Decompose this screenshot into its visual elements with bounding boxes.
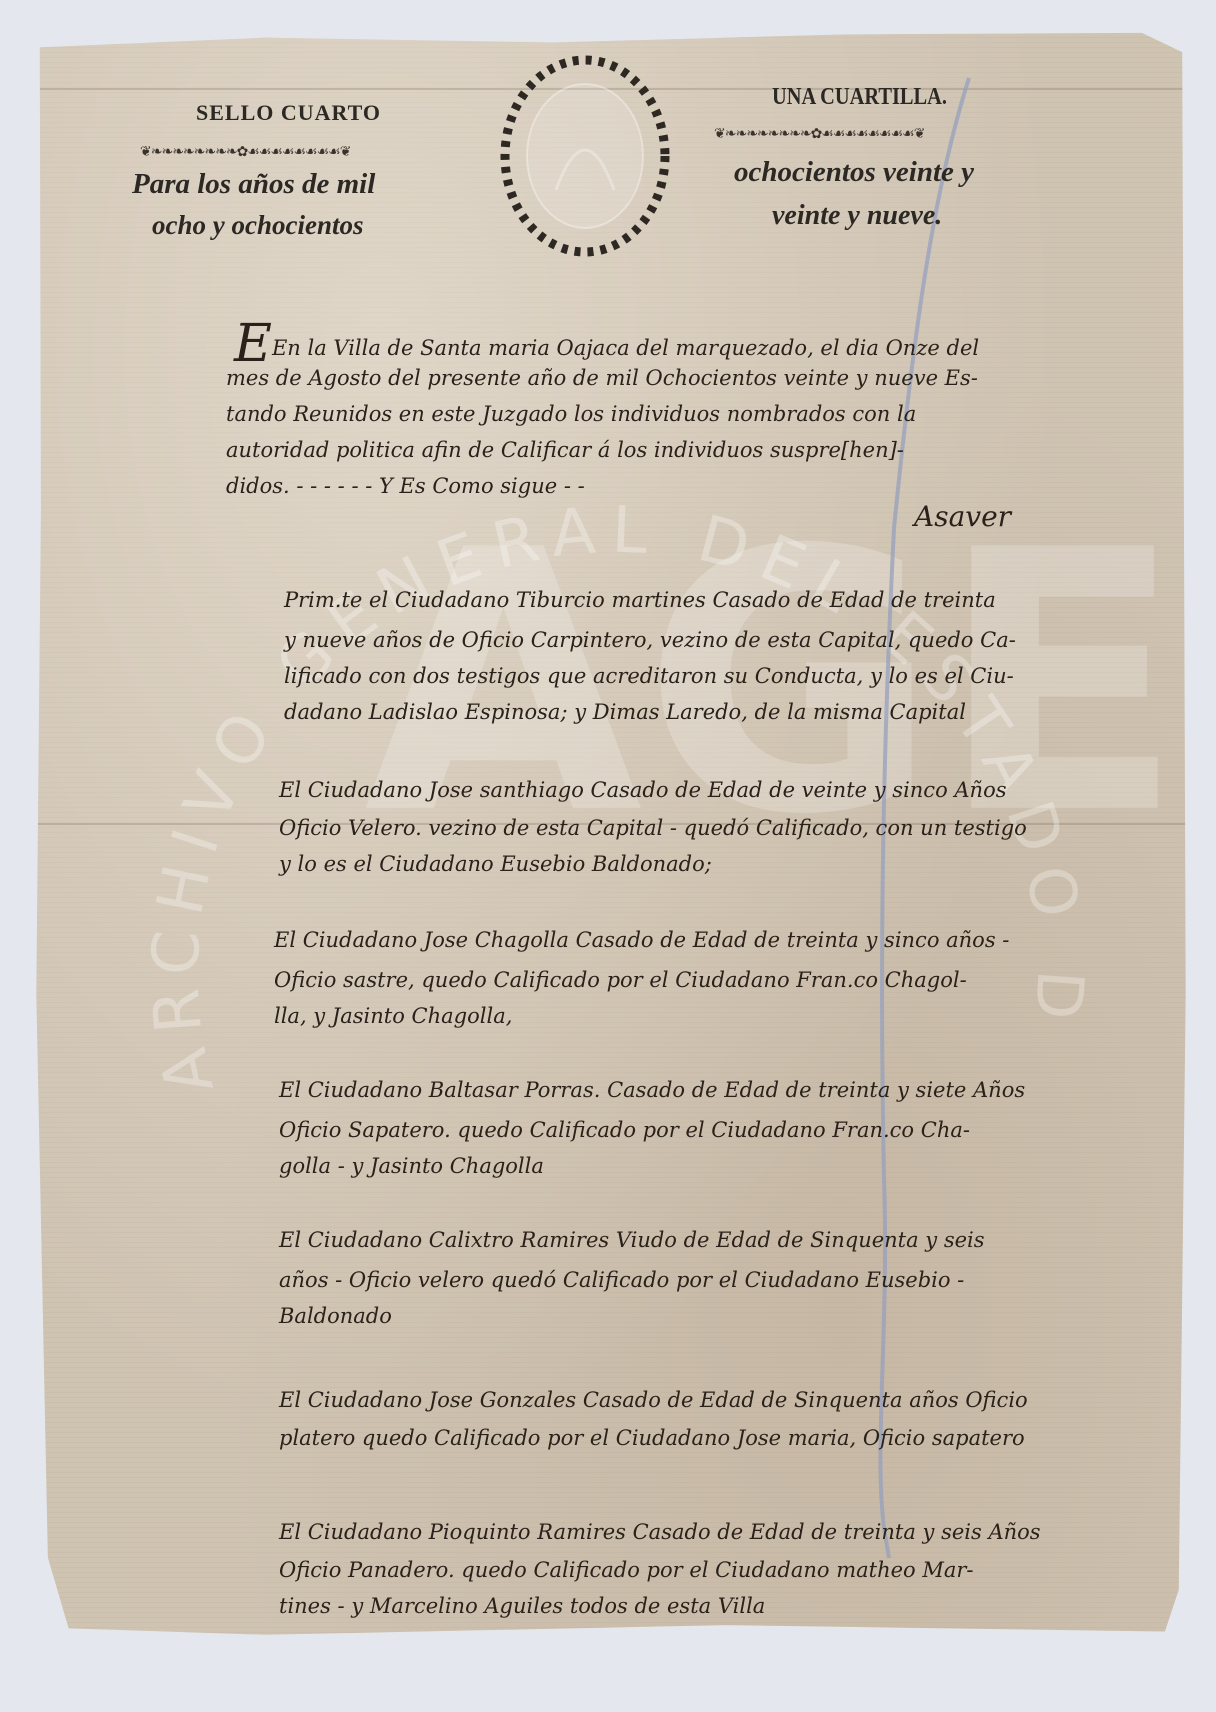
intro-line: autoridad politica afin de Calificar á l… — [226, 438, 904, 462]
vine-ornament-left: ❦❧❧❧❧❧❧❧❧✿☙☙☙☙☙☙☙☙❦ — [140, 144, 490, 158]
stamp-left-line-2: ocho y ochocientos — [152, 210, 363, 241]
stamp-left-line-1: Para los años de mil — [132, 168, 375, 201]
embossed-seal-icon — [496, 50, 674, 262]
intro-line: tando Reunidos en este Juzgado los indiv… — [226, 402, 916, 426]
stamp-header: SELLO CUARTO UNA CUARTILLA. ❦❧❧❧❧❧❧❧❧✿☙☙… — [34, 28, 1188, 288]
stamp-right-line-2: veinte y nueve. — [772, 200, 942, 232]
intro-line: EEn la Villa de Santa maria Oajaca del m… — [234, 318, 979, 370]
stamp-left-title: SELLO CUARTO — [196, 100, 381, 126]
document-page: ARCHIVO GENERAL DEL ESTADO DE OAXACA AGE… — [34, 28, 1188, 1638]
intro-line: mes de Agosto del presente año de mil Oc… — [226, 366, 978, 390]
vine-ornament-right: ❦❧❧❧❧❧❧❧❧✿☙☙☙☙☙☙☙☙❦ — [714, 126, 1054, 140]
stamp-right-title: UNA CUARTILLA. — [772, 84, 947, 111]
stamp-right-line-1: ochocientos veinte y — [734, 156, 974, 189]
asaver-heading: Asaver — [914, 500, 1011, 533]
intro-line: didos. - - - - - - Y Es Como sigue - - — [226, 474, 585, 498]
